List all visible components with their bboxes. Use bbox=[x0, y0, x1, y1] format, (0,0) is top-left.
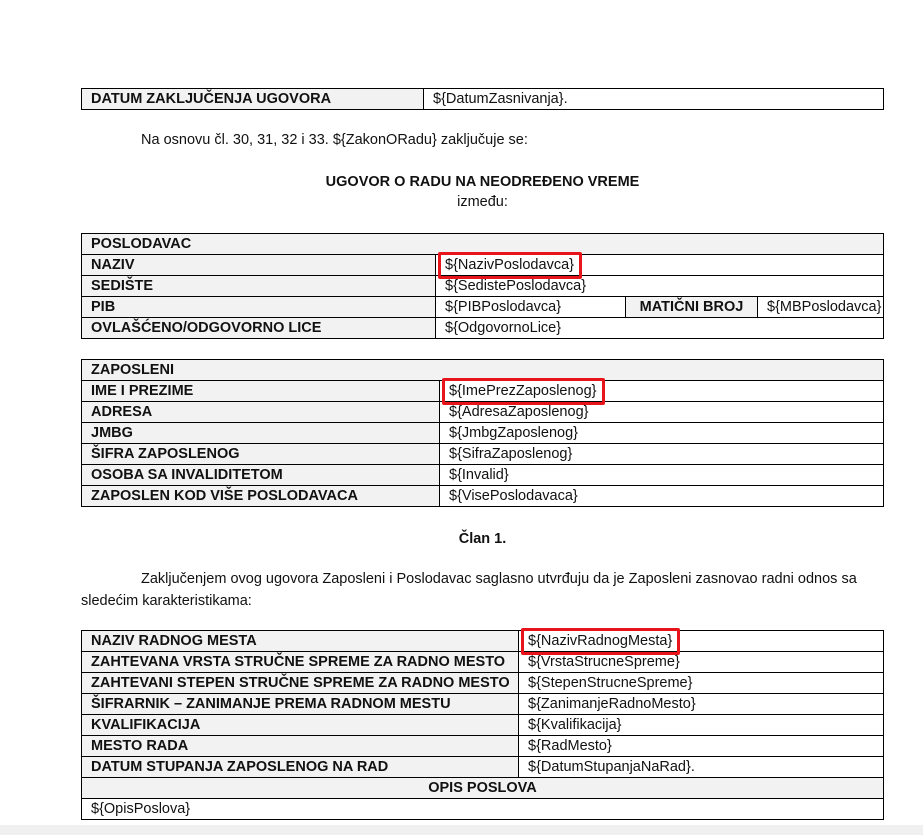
table-row: OPIS POSLOVA bbox=[82, 778, 884, 799]
employee-table: ZAPOSLENI IME I PREZIME ${ImePrezZaposle… bbox=[81, 359, 884, 507]
table-row: ZAHTEVANA VRSTA STRUČNE SPREME ZA RADNO … bbox=[82, 652, 884, 673]
highlighted-field[interactable]: ${NazivRadnogMesta} bbox=[528, 631, 672, 651]
job-description-header: OPIS POSLOVA bbox=[82, 778, 884, 799]
qualification-value[interactable]: ${Kvalifikacija} bbox=[519, 715, 884, 736]
occupation-code-label: ŠIFRARNIK – ZANIMANJE PREMA RADNOM MESTU bbox=[82, 694, 519, 715]
education-level-value[interactable]: ${StepenStrucneSpreme} bbox=[519, 673, 884, 694]
article-title: Član 1. bbox=[81, 528, 884, 550]
table-row: ${OpisPoslova} bbox=[82, 799, 884, 820]
page-bottom-edge bbox=[0, 825, 923, 835]
employee-code-label: ŠIFRA ZAPOSLENOG bbox=[82, 444, 440, 465]
table-row: ŠIFRARNIK – ZANIMANJE PREMA RADNOM MESTU… bbox=[82, 694, 884, 715]
employee-header: ZAPOSLENI bbox=[82, 360, 884, 381]
employee-name-label: IME I PREZIME bbox=[82, 381, 440, 402]
work-place-value[interactable]: ${RadMesto} bbox=[519, 736, 884, 757]
employee-disability-value[interactable]: ${Invalid} bbox=[440, 465, 884, 486]
table-row: IME I PREZIME ${ImePrezZaposlenog} bbox=[82, 381, 884, 402]
start-date-label: DATUM STUPANJA ZAPOSLENOG NA RAD bbox=[82, 757, 519, 778]
contract-date-value[interactable]: ${DatumZasnivanja}. bbox=[424, 89, 884, 110]
job-description-value[interactable]: ${OpisPoslova} bbox=[82, 799, 884, 820]
table-row: MESTO RADA ${RadMesto} bbox=[82, 736, 884, 757]
work-place-label: MESTO RADA bbox=[82, 736, 519, 757]
position-table: NAZIV RADNOG MESTA ${NazivRadnogMesta} Z… bbox=[81, 630, 884, 820]
article-paragraph-line2: sledećim karakteristikama: bbox=[81, 590, 252, 612]
table-row: SEDIŠTE ${SedistePoslodavca} bbox=[82, 276, 884, 297]
article-paragraph-line1: Zaključenjem ovog ugovora Zaposleni i Po… bbox=[141, 568, 857, 590]
table-row: JMBG ${JmbgZaposlenog} bbox=[82, 423, 884, 444]
education-type-value[interactable]: ${VrstaStrucneSpreme} bbox=[519, 652, 884, 673]
employer-pib-value[interactable]: ${PIBPoslodavca} bbox=[436, 297, 626, 318]
table-row: DATUM STUPANJA ZAPOSLENOG NA RAD ${Datum… bbox=[82, 757, 884, 778]
employer-mb-value[interactable]: ${MBPoslodavca} bbox=[758, 297, 884, 318]
table-row: ZAHTEVANI STEPEN STRUČNE SPREME ZA RADNO… bbox=[82, 673, 884, 694]
employee-multiple-employers-label: ZAPOSLEN KOD VIŠE POSLODAVACA bbox=[82, 486, 440, 507]
highlighted-field[interactable]: ${NazivPoslodavca} bbox=[445, 255, 574, 275]
employee-jmbg-value[interactable]: ${JmbgZaposlenog} bbox=[440, 423, 884, 444]
employee-jmbg-label: JMBG bbox=[82, 423, 440, 444]
employer-responsible-value[interactable]: ${OdgovornoLice} bbox=[436, 318, 884, 339]
table-row: OVLAŠĆENO/ODGOVORNO LICE ${OdgovornoLice… bbox=[82, 318, 884, 339]
employer-name-label: NAZIV bbox=[82, 255, 436, 276]
table-row: NAZIV RADNOG MESTA ${NazivRadnogMesta} bbox=[82, 631, 884, 652]
table-row: KVALIFIKACIJA ${Kvalifikacija} bbox=[82, 715, 884, 736]
table-row: OSOBA SA INVALIDITETOM ${Invalid} bbox=[82, 465, 884, 486]
qualification-label: KVALIFIKACIJA bbox=[82, 715, 519, 736]
position-name-value[interactable]: ${NazivRadnogMesta} bbox=[519, 631, 884, 652]
employee-name-value[interactable]: ${ImePrezZaposlenog} bbox=[440, 381, 884, 402]
start-date-value[interactable]: ${DatumStupanjaNaRad}. bbox=[519, 757, 884, 778]
occupation-code-value[interactable]: ${ZanimanjeRadnoMesto} bbox=[519, 694, 884, 715]
employer-responsible-label: OVLAŠĆENO/ODGOVORNO LICE bbox=[82, 318, 436, 339]
employer-header: POSLODAVAC bbox=[82, 234, 884, 255]
employer-mb-label: MATIČNI BROJ bbox=[626, 297, 758, 318]
employee-address-value[interactable]: ${AdresaZaposlenog} bbox=[440, 402, 884, 423]
table-row: ADRESA ${AdresaZaposlenog} bbox=[82, 402, 884, 423]
contract-date-table: DATUM ZAKLJUČENJA UGOVORA ${DatumZasniva… bbox=[81, 88, 884, 110]
contract-date-label: DATUM ZAKLJUČENJA UGOVORA bbox=[82, 89, 424, 110]
employer-table: POSLODAVAC NAZIV ${NazivPoslodavca} SEDI… bbox=[81, 233, 884, 339]
employer-pib-label: PIB bbox=[82, 297, 436, 318]
employee-disability-label: OSOBA SA INVALIDITETOM bbox=[82, 465, 440, 486]
table-row: NAZIV ${NazivPoslodavca} bbox=[82, 255, 884, 276]
contract-subtitle: između: bbox=[81, 191, 884, 213]
intro-paragraph: Na osnovu čl. 30, 31, 32 i 33. ${ZakonOR… bbox=[141, 129, 528, 151]
employer-seat-label: SEDIŠTE bbox=[82, 276, 436, 297]
table-row: POSLODAVAC bbox=[82, 234, 884, 255]
employee-address-label: ADRESA bbox=[82, 402, 440, 423]
contract-title: UGOVOR O RADU NA NEODREĐENO VREME bbox=[81, 171, 884, 193]
table-row: ZAPOSLEN KOD VIŠE POSLODAVACA ${VisePosl… bbox=[82, 486, 884, 507]
table-row: ZAPOSLENI bbox=[82, 360, 884, 381]
employer-seat-value[interactable]: ${SedistePoslodavca} bbox=[436, 276, 884, 297]
employee-code-value[interactable]: ${SifraZaposlenog} bbox=[440, 444, 884, 465]
education-type-label: ZAHTEVANA VRSTA STRUČNE SPREME ZA RADNO … bbox=[82, 652, 519, 673]
position-name-label: NAZIV RADNOG MESTA bbox=[82, 631, 519, 652]
table-row: ŠIFRA ZAPOSLENOG ${SifraZaposlenog} bbox=[82, 444, 884, 465]
education-level-label: ZAHTEVANI STEPEN STRUČNE SPREME ZA RADNO… bbox=[82, 673, 519, 694]
highlighted-field[interactable]: ${ImePrezZaposlenog} bbox=[449, 381, 597, 401]
table-row: DATUM ZAKLJUČENJA UGOVORA ${DatumZasniva… bbox=[82, 89, 884, 110]
table-row: PIB ${PIBPoslodavca} MATIČNI BROJ ${MBPo… bbox=[82, 297, 884, 318]
employee-multiple-employers-value[interactable]: ${VisePoslodavaca} bbox=[440, 486, 884, 507]
employer-name-value[interactable]: ${NazivPoslodavca} bbox=[436, 255, 884, 276]
